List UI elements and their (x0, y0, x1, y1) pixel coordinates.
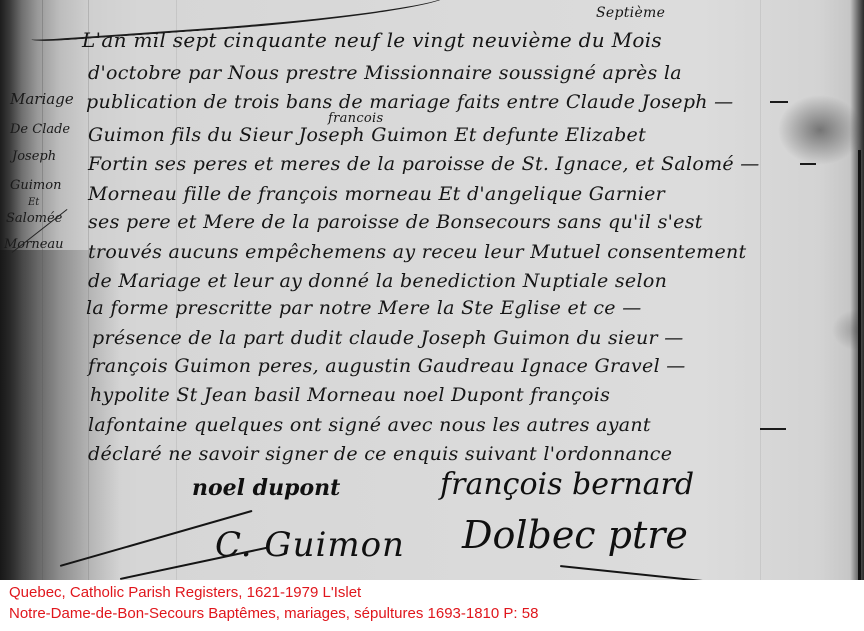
record-line: L'an mil sept cinquante neuf le vingt ne… (82, 30, 662, 50)
ruled-line (760, 0, 761, 580)
record-line: publication de trois bans de mariage fai… (86, 93, 733, 112)
line-filler-dash (770, 101, 788, 103)
signature-guimon: C. Guimon (215, 528, 405, 562)
signature-noel-dupont: noel dupont (192, 477, 340, 499)
record-line: présence de la part dudit claude Joseph … (92, 329, 684, 348)
signature-flourish (560, 565, 779, 580)
record-line: d'octobre par Nous prestre Missionnaire … (88, 64, 682, 83)
record-line: de Mariage et leur ay donné la benedicti… (88, 272, 667, 291)
record-line: hypolite St Jean basil Morneau noel Dupo… (90, 386, 610, 405)
margin-note-line: Morneau (4, 238, 64, 251)
caption-collection: Quebec, Catholic Parish Registers, 1621-… (9, 585, 361, 600)
margin-note-line: Guimon (10, 179, 61, 192)
scanned-register-page: Mariage De Clade Joseph Guimon Et Salomé… (0, 0, 864, 580)
record-line: lafontaine quelques ont signé avec nous … (88, 416, 651, 435)
record-line: trouvés aucuns empêchemens ay receu leur… (88, 243, 746, 262)
correction-superscript: Septième (596, 6, 665, 20)
record-line: Morneau fille de françois morneau Et d'a… (88, 185, 665, 204)
margin-note-line: Et (28, 198, 39, 208)
line-filler-dash (760, 428, 786, 430)
record-line: déclaré ne savoir signer de ce enquis su… (88, 445, 672, 464)
record-line: Fortin ses peres et meres de la paroisse… (88, 155, 760, 174)
margin-note-line: Mariage (10, 92, 74, 107)
record-line: ses pere et Mere de la paroisse de Bonse… (88, 213, 703, 232)
margin-note-line: Joseph (12, 150, 56, 163)
margin-note-line: De Clade (10, 123, 70, 136)
page-edge (858, 150, 861, 580)
signature-dolbec: Dolbec ptre (462, 516, 688, 554)
record-line: la forme prescritte par notre Mere la St… (86, 299, 642, 318)
record-line: françois Guimon peres, augustin Gaudreau… (88, 357, 686, 376)
source-caption: Quebec, Catholic Parish Registers, 1621-… (0, 580, 864, 631)
ruled-line (42, 0, 43, 580)
record-line: Guimon fils du Sieur Joseph Guimon Et de… (88, 126, 646, 145)
signature-francois-bernard: françois bernard (440, 470, 694, 500)
line-filler-dash (800, 163, 816, 165)
caption-register-page: Notre-Dame-de-Bon-Secours Baptêmes, mari… (9, 606, 538, 621)
